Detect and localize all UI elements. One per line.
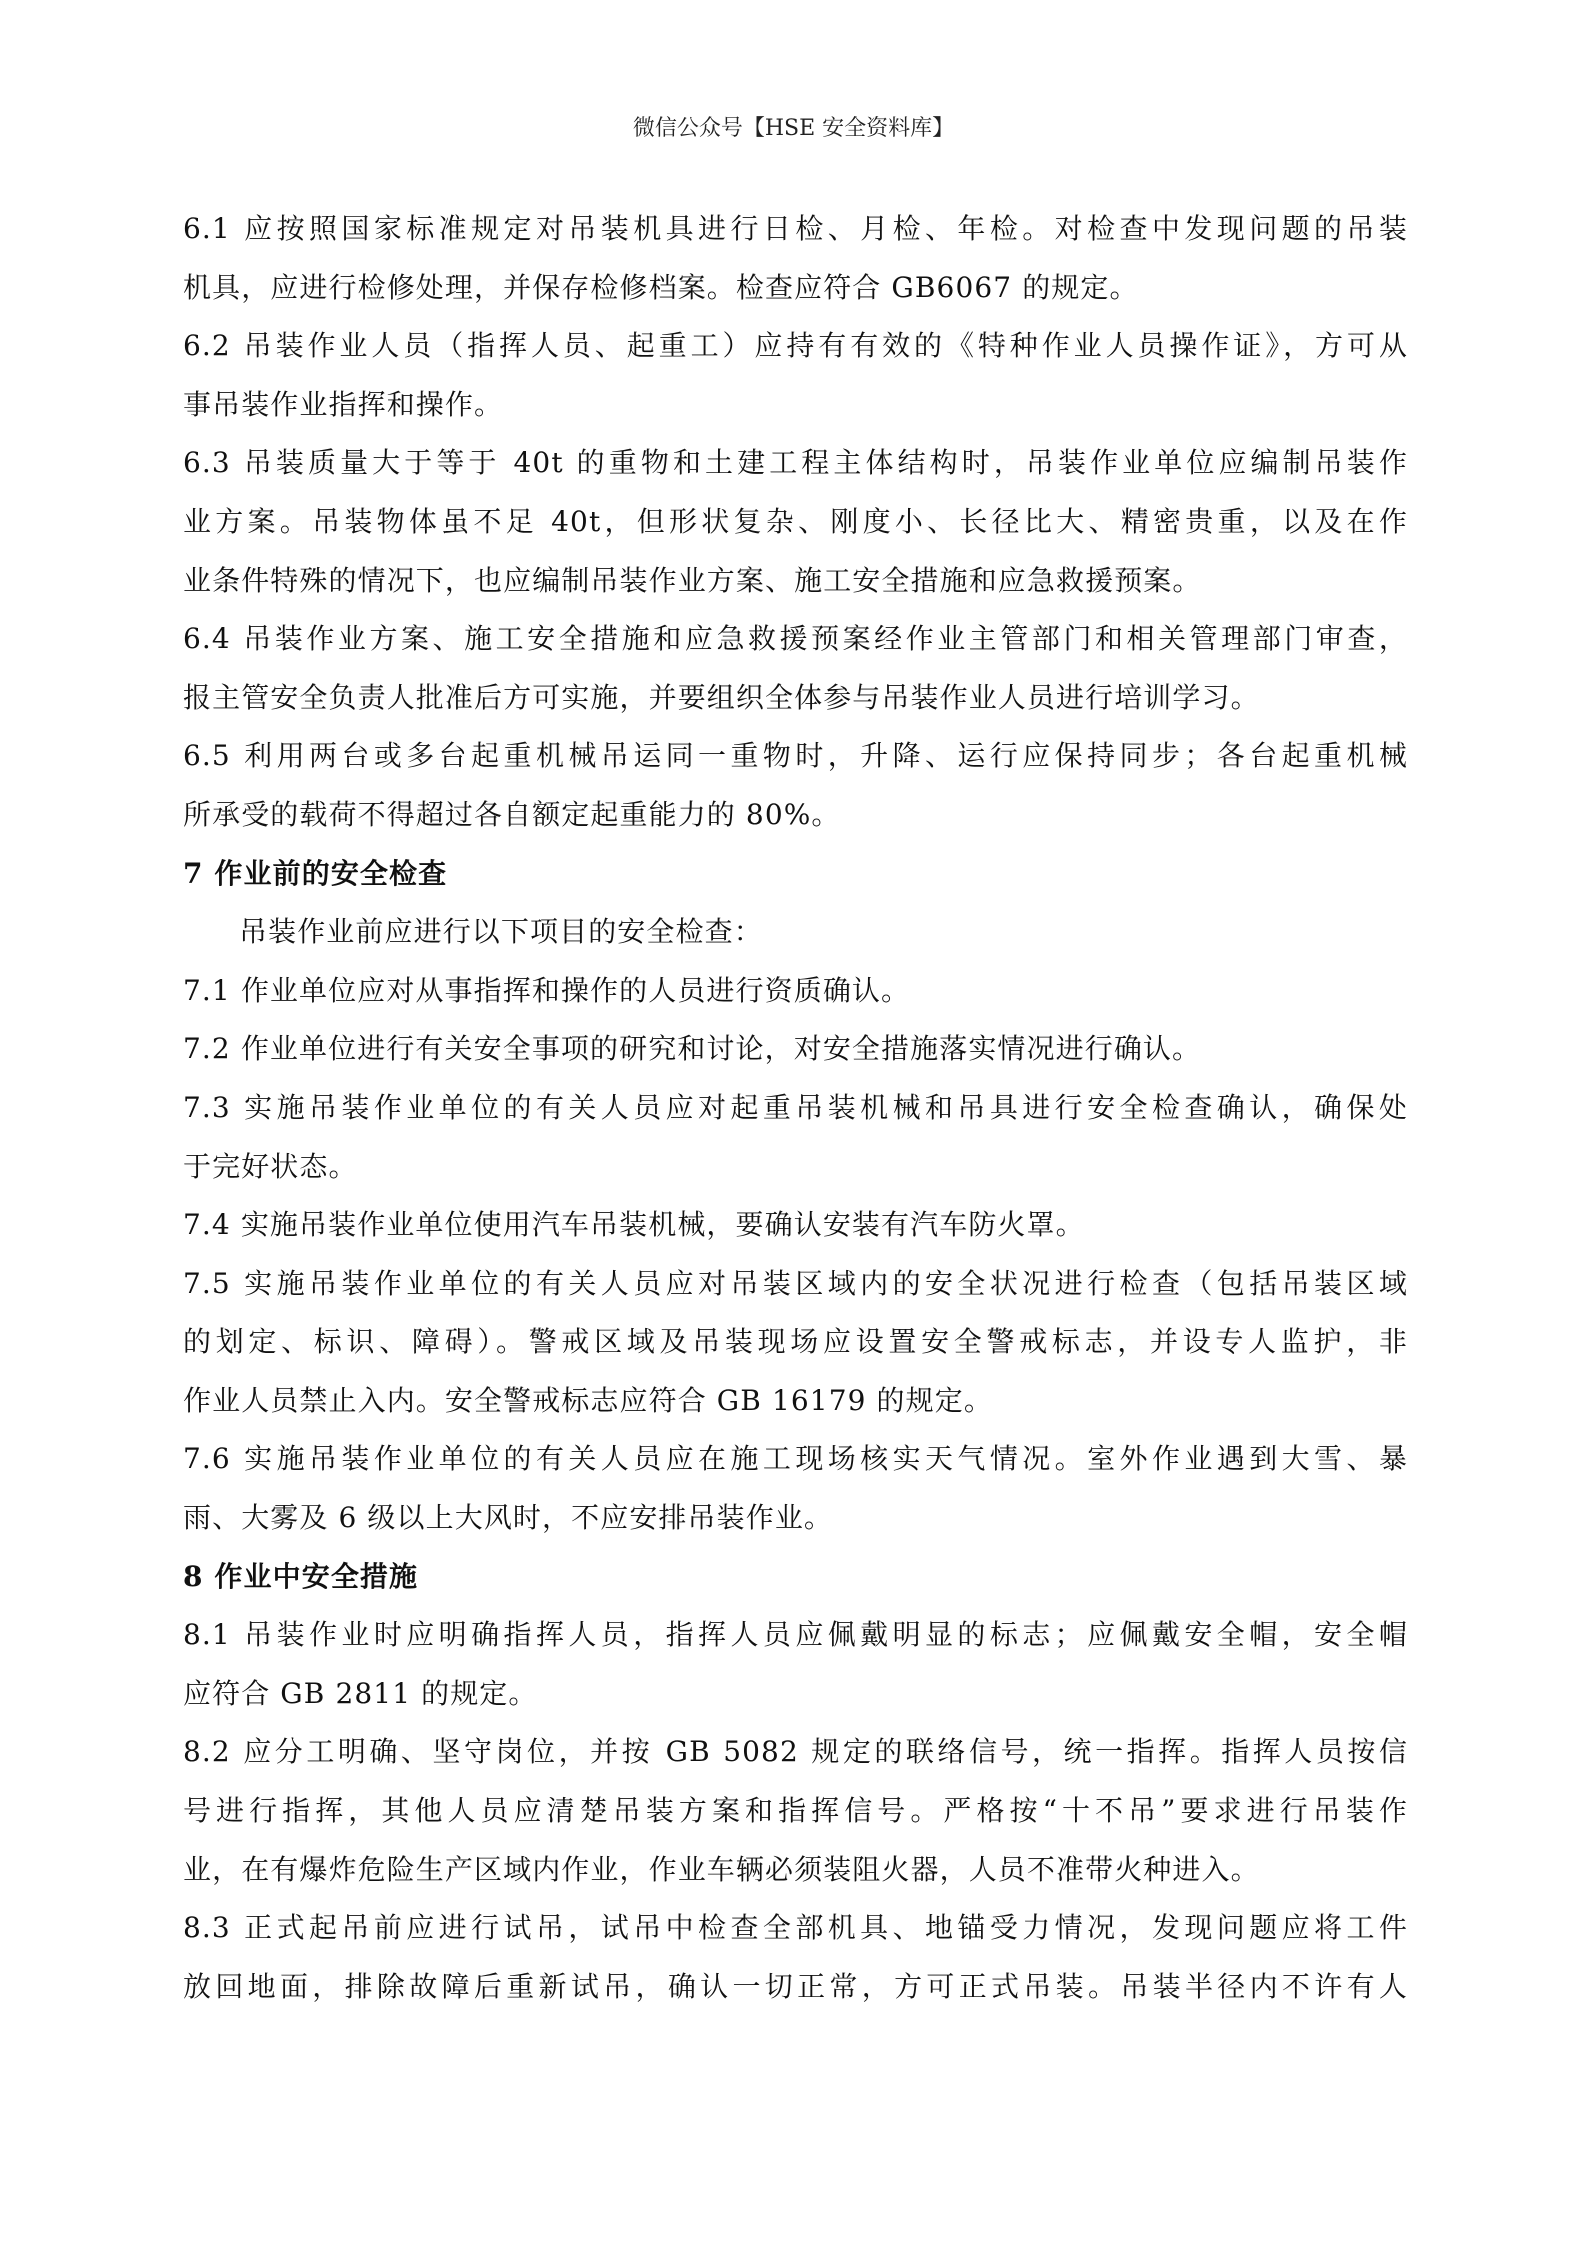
section-intro: 吊装作业前应进行以下项目的安全检查： bbox=[183, 909, 1408, 968]
text-line: 所承受的载荷不得超过各自额定起重能力的 80%。 bbox=[183, 792, 1408, 851]
text-line: 7.5 实施吊装作业单位的有关人员应对吊装区域内的安全状况进行检查（包括吊装区域 bbox=[183, 1261, 1408, 1320]
header-title: 微信公众号【HSE 安全资料库】 bbox=[633, 116, 954, 141]
section-heading-7: 7 作业前的安全检查 bbox=[183, 851, 1408, 910]
page-header: 微信公众号【HSE 安全资料库】 bbox=[0, 114, 1587, 144]
text-line: 6.1 应按照国家标准规定对吊装机具进行日检、月检、年检。对检查中发现问题的吊装 bbox=[183, 206, 1408, 265]
text-line: 6.4 吊装作业方案、施工安全措施和应急救援预案经作业主管部门和相关管理部门审查… bbox=[183, 616, 1408, 675]
section-heading-8: 8 作业中安全措施 bbox=[183, 1554, 1408, 1613]
text-line: 于完好状态。 bbox=[183, 1144, 1408, 1203]
text-line: 8.1 吊装作业时应明确指挥人员，指挥人员应佩戴明显的标志；应佩戴安全帽，安全帽 bbox=[183, 1612, 1408, 1671]
text-line: 报主管安全负责人批准后方可实施，并要组织全体参与吊装作业人员进行培训学习。 bbox=[183, 675, 1408, 734]
text-line: 7.3 实施吊装作业单位的有关人员应对起重吊装机械和吊具进行安全检查确认，确保处 bbox=[183, 1085, 1408, 1144]
text-line: 8.2 应分工明确、坚守岗位，并按 GB 5082 规定的联络信号，统一指挥。指… bbox=[183, 1729, 1408, 1788]
text-line: 7.6 实施吊装作业单位的有关人员应在施工现场核实天气情况。室外作业遇到大雪、暴 bbox=[183, 1436, 1408, 1495]
text-line: 7.1 作业单位应对从事指挥和操作的人员进行资质确认。 bbox=[183, 968, 1408, 1027]
text-line: 作业人员禁止入内。安全警戒标志应符合 GB 16179 的规定。 bbox=[183, 1378, 1408, 1437]
text-line: 7.2 作业单位进行有关安全事项的研究和讨论，对安全措施落实情况进行确认。 bbox=[183, 1026, 1408, 1085]
text-line: 6.3 吊装质量大于等于 40t 的重物和土建工程主体结构时，吊装作业单位应编制… bbox=[183, 440, 1408, 499]
text-line: 业方案。吊装物体虽不足 40t，但形状复杂、刚度小、长径比大、精密贵重，以及在作 bbox=[183, 499, 1408, 558]
text-line: 事吊装作业指挥和操作。 bbox=[183, 382, 1408, 441]
text-line: 业条件特殊的情况下，也应编制吊装作业方案、施工安全措施和应急救援预案。 bbox=[183, 558, 1408, 617]
text-line: 6.2 吊装作业人员（指挥人员、起重工）应持有有效的《特种作业人员操作证》，方可… bbox=[183, 323, 1408, 382]
text-line: 6.5 利用两台或多台起重机械吊运同一重物时，升降、运行应保持同步；各台起重机械 bbox=[183, 733, 1408, 792]
text-line: 7.4 实施吊装作业单位使用汽车吊装机械，要确认安装有汽车防火罩。 bbox=[183, 1202, 1408, 1261]
document-body: 6.1 应按照国家标准规定对吊装机具进行日检、月检、年检。对检查中发现问题的吊装… bbox=[183, 206, 1408, 2022]
text-line: 放回地面，排除故障后重新试吊，确认一切正常，方可正式吊装。吊装半径内不许有人 bbox=[183, 1964, 1408, 2023]
text-line: 号进行指挥，其他人员应清楚吊装方案和指挥信号。严格按“十不吊”要求进行吊装作 bbox=[183, 1788, 1408, 1847]
text-line: 业，在有爆炸危险生产区域内作业，作业车辆必须装阻火器，人员不准带火种进入。 bbox=[183, 1847, 1408, 1906]
text-line: 机具，应进行检修处理，并保存检修档案。检查应符合 GB6067 的规定。 bbox=[183, 265, 1408, 324]
text-line: 应符合 GB 2811 的规定。 bbox=[183, 1671, 1408, 1730]
text-line: 8.3 正式起吊前应进行试吊，试吊中检查全部机具、地锚受力情况，发现问题应将工件 bbox=[183, 1905, 1408, 1964]
text-line: 雨、大雾及 6 级以上大风时，不应安排吊装作业。 bbox=[183, 1495, 1408, 1554]
text-line: 的划定、标识、障碍）。警戒区域及吊装现场应设置安全警戒标志，并设专人监护，非 bbox=[183, 1319, 1408, 1378]
